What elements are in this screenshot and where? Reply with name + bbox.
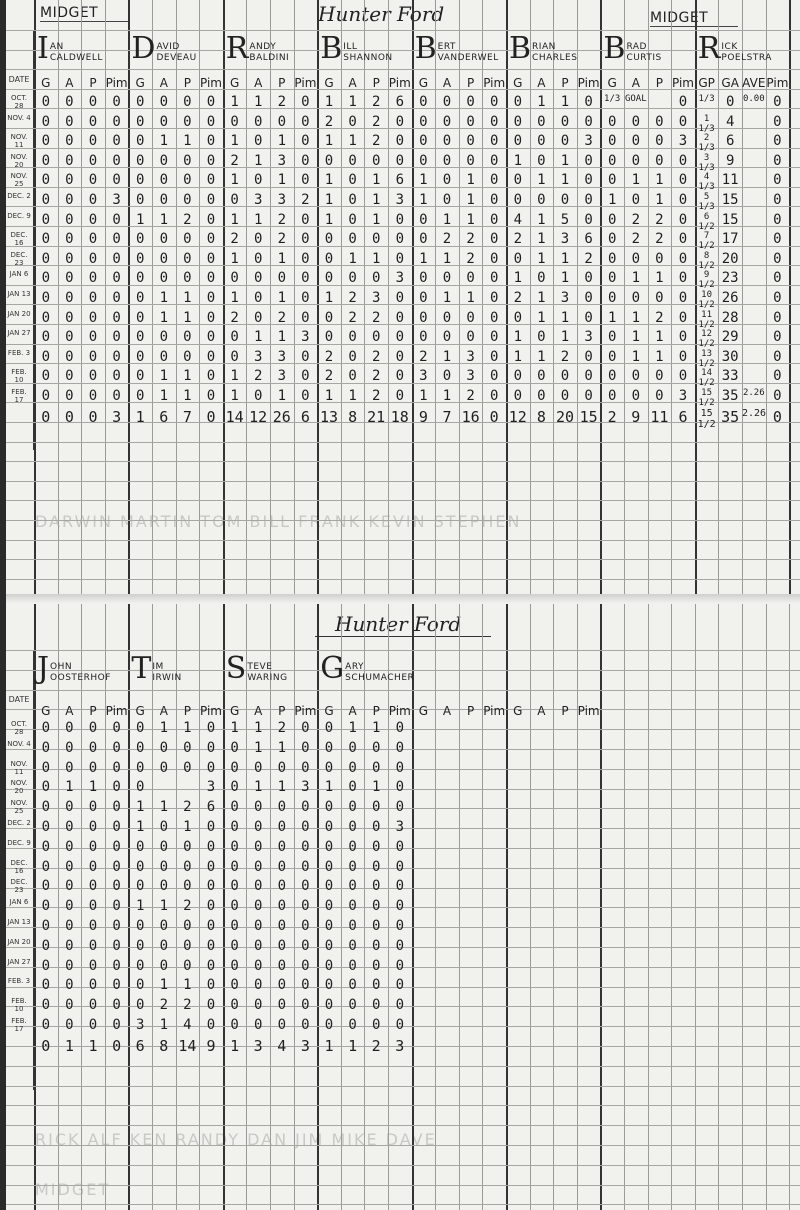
stat-cell: 0 <box>58 114 82 130</box>
stat-cell: 1 <box>506 270 530 286</box>
stat-cell: 0 <box>388 329 412 345</box>
stat-cell: 0 <box>482 290 506 306</box>
stat-cell: 0 <box>105 290 129 306</box>
stat-cell: 3 <box>671 388 695 404</box>
stat-cell: 1 <box>246 720 270 736</box>
stat-column-header: A <box>246 76 270 90</box>
stat-total-cell: 1 <box>128 408 152 426</box>
player-initial: R <box>226 34 249 64</box>
stat-cell: 0 <box>341 878 365 894</box>
stat-cell: 3 <box>388 819 412 835</box>
player-initial: B <box>603 34 625 64</box>
stat-cell: 0 <box>199 94 223 110</box>
stat-cell: 0 <box>294 94 318 110</box>
stat-cell: 0 <box>105 388 129 404</box>
stat-cell: 1 <box>270 779 294 795</box>
stat-cell: 0 <box>34 114 58 130</box>
stat-cell: 0 <box>58 310 82 326</box>
stat-cell: 1 <box>341 388 365 404</box>
stat-cell: 0 <box>341 898 365 914</box>
stat-cell: 0 <box>81 94 105 110</box>
stat-cell: 0 <box>105 779 129 795</box>
stat-cell: 0 <box>671 94 695 110</box>
stat-cell: 1 <box>553 94 577 110</box>
grid-vline <box>742 600 743 1210</box>
stat-cell: 1 <box>317 779 341 795</box>
stat-cell: 0 <box>482 270 506 286</box>
stat-cell: 0 <box>553 133 577 149</box>
stat-cell: 0 <box>317 720 341 736</box>
stat-cell: 9 <box>718 153 742 169</box>
stat-cell: 0 <box>199 839 223 855</box>
stat-cell: 0 <box>81 212 105 228</box>
stat-cell: 3 <box>553 290 577 306</box>
date-cell: DEC. 2 <box>6 819 32 827</box>
stat-cell: 2 <box>270 212 294 228</box>
stat-cell: 3 <box>270 368 294 384</box>
stat-cell: 0 <box>648 251 672 267</box>
stat-column-header: G <box>317 704 341 718</box>
stat-cell: 0 <box>58 212 82 228</box>
stat-cell: 0 <box>128 368 152 384</box>
stat-cell: 0 <box>270 859 294 875</box>
player-name-rest: ANCALDWELL <box>50 42 103 64</box>
top-scoresheet: Hunter Ford MIDGET MIDGET DATE DARWIN MA… <box>0 0 800 596</box>
stat-cell: 0 <box>482 114 506 130</box>
stat-cell: 0 <box>58 290 82 306</box>
stat-cell: 0 <box>671 172 695 188</box>
stat-cell: 0 <box>294 1017 318 1033</box>
stat-cell: 0 <box>388 251 412 267</box>
stat-cell: 0 <box>648 290 672 306</box>
stat-cell: 0 <box>577 349 601 365</box>
stat-cell: 0 <box>81 368 105 384</box>
stat-cell: 0 <box>152 938 176 954</box>
stat-cell: 0 <box>246 310 270 326</box>
stat-cell: 2 <box>364 388 388 404</box>
stat-column-header: A <box>152 704 176 718</box>
stat-cell: 0 <box>58 251 82 267</box>
stat-cell: 2 <box>506 290 530 306</box>
stat-cell: 0 <box>766 94 790 110</box>
stat-cell: 0 <box>199 997 223 1013</box>
stat-total-cell: 2 <box>364 1037 388 1055</box>
stat-cell: 0 <box>412 290 436 306</box>
stat-cell: 0 <box>648 153 672 169</box>
stat-cell: 0 <box>341 192 365 208</box>
stat-cell: 0 <box>34 251 58 267</box>
date-cell: JAN 20 <box>6 310 32 318</box>
stat-column-header: Pim <box>105 76 129 90</box>
stat-total-cell: 3 <box>294 1037 318 1055</box>
stat-cell: 0 <box>128 740 152 756</box>
stat-cell: 2 <box>364 368 388 384</box>
grid-vline <box>766 600 767 1210</box>
stat-cell: 0 <box>105 918 129 934</box>
player-first-name: RAD <box>626 42 661 53</box>
stat-cell: 1 <box>624 310 648 326</box>
grid-hline <box>0 30 800 31</box>
stat-cell: 0 <box>482 153 506 169</box>
stat-cell: 0 <box>364 977 388 993</box>
stat-cell: 2 <box>176 212 200 228</box>
date-cell: FEB. 3 <box>6 977 32 985</box>
stat-cell: 0 <box>128 388 152 404</box>
stat-cell: 1 <box>128 799 152 815</box>
stat-cell: 0 <box>530 133 554 149</box>
date-cell: JAN 6 <box>6 270 32 278</box>
stat-cell: 0 <box>317 740 341 756</box>
stat-cell: 5 <box>553 212 577 228</box>
stat-cell: 0 <box>435 172 459 188</box>
stat-cell: 0 <box>294 290 318 306</box>
stat-cell: 0 <box>128 94 152 110</box>
stat-cell: 14 1/2 <box>695 368 719 388</box>
stat-cell: 0 <box>482 310 506 326</box>
player-first-name: ILL <box>343 42 392 53</box>
player-first-name: ICK <box>721 42 771 53</box>
player-name: BRADCURTIS <box>603 34 661 64</box>
stat-cell: 1 <box>600 192 624 208</box>
stat-cell: 0 <box>317 799 341 815</box>
stat-cell: 0 <box>81 290 105 306</box>
stat-column-header: Pim <box>766 76 790 90</box>
stat-cell: 0 <box>105 819 129 835</box>
stat-cell: 0 <box>246 977 270 993</box>
stat-cell: 0 <box>341 918 365 934</box>
stat-cell: 2 <box>506 231 530 247</box>
stat-cell: 0 <box>600 388 624 404</box>
stat-cell: 0 <box>199 172 223 188</box>
stat-cell: 2 <box>223 231 247 247</box>
stat-cell: 3 1/3 <box>695 153 719 173</box>
stat-cell: 0 <box>223 997 247 1013</box>
stat-cell: 0 <box>246 918 270 934</box>
stat-cell: 0 <box>105 859 129 875</box>
stat-cell: 1 <box>223 388 247 404</box>
stat-cell: 0 <box>766 133 790 149</box>
binder-edge <box>0 0 6 1210</box>
stat-cell: 0 <box>128 270 152 286</box>
stat-cell: 12 1/2 <box>695 329 719 349</box>
stat-cell: 0 <box>58 133 82 149</box>
empty-column-header: G <box>506 704 530 718</box>
date-cell: DEC. 23 <box>6 251 32 267</box>
grid-vline <box>600 600 602 1210</box>
stat-cell: 0 <box>105 133 129 149</box>
stat-cell: 0 <box>176 172 200 188</box>
stat-cell: 1 <box>270 133 294 149</box>
stat-cell: 0 <box>766 290 790 306</box>
stat-cell: 1 <box>530 94 554 110</box>
stat-cell: 0 <box>176 760 200 776</box>
stat-total-cell: 1 <box>223 1037 247 1055</box>
stat-cell: 0 <box>152 172 176 188</box>
stat-cell: 0 <box>81 231 105 247</box>
empty-column-header: A <box>435 704 459 718</box>
stat-cell: 0 <box>388 388 412 404</box>
stat-cell: 23 <box>718 270 742 286</box>
grid-hline <box>0 69 800 70</box>
stat-cell: 0 <box>223 779 247 795</box>
empty-column-header: P <box>553 704 577 718</box>
stat-cell: 2 <box>270 310 294 326</box>
stat-cell: 1 <box>553 251 577 267</box>
stat-cell: 0 <box>34 997 58 1013</box>
stat-cell: 0 <box>364 918 388 934</box>
stat-cell: 1 <box>176 819 200 835</box>
stat-cell: 0 <box>270 114 294 130</box>
stat-total-cell: 8 <box>530 408 554 426</box>
stat-cell: 0 <box>530 114 554 130</box>
stat-cell: 0 <box>270 977 294 993</box>
stat-cell: 3 <box>105 192 129 208</box>
player-name: STEVEWARING <box>226 654 288 684</box>
stat-cell: 0 <box>58 977 82 993</box>
stat-cell: 0 <box>199 329 223 345</box>
stat-cell: 0 <box>152 153 176 169</box>
stat-cell: 1 <box>553 329 577 345</box>
date-cell: JAN 27 <box>6 958 32 966</box>
stat-cell: 0 <box>152 918 176 934</box>
player-name-rest: RADCURTIS <box>626 42 661 64</box>
stat-column-header: Pim <box>294 704 318 718</box>
stat-column-header: GA <box>718 76 742 90</box>
stat-cell: 0 <box>152 270 176 286</box>
stat-cell: 1 <box>246 329 270 345</box>
stat-cell: 1 <box>364 720 388 736</box>
stat-cell: 1 <box>223 212 247 228</box>
stat-cell: 0 <box>388 938 412 954</box>
grid-hline <box>0 1066 800 1067</box>
player-first-name: ANDY <box>249 42 289 53</box>
stat-cell: 1 <box>341 720 365 736</box>
stat-cell: 0 <box>105 720 129 736</box>
stat-column-header: Pim <box>199 76 223 90</box>
stat-column-header: P <box>81 704 105 718</box>
grid-vline <box>671 600 672 1210</box>
stat-cell: 3 <box>459 368 483 384</box>
stat-cell: 0 <box>530 368 554 384</box>
stat-total-cell: 35 <box>718 408 742 426</box>
grid-hline <box>0 50 800 51</box>
stat-cell: 0 <box>341 114 365 130</box>
stat-cell: 0 <box>766 349 790 365</box>
stat-cell: 0 <box>317 997 341 1013</box>
stat-cell: 29 <box>718 329 742 345</box>
stat-cell: 2 <box>412 349 436 365</box>
player-name: IANCALDWELL <box>37 34 103 64</box>
stat-cell: 1 <box>317 290 341 306</box>
stat-cell: 0 <box>577 114 601 130</box>
player-initial: R <box>698 34 721 64</box>
stat-column-header: P <box>459 76 483 90</box>
stat-cell: 0 <box>176 349 200 365</box>
stat-cell: 1 <box>128 212 152 228</box>
stat-total-cell: 6 <box>294 408 318 426</box>
stat-cell: 1 <box>459 192 483 208</box>
stat-cell: 0 <box>624 192 648 208</box>
stat-total-cell: 8 <box>341 408 365 426</box>
stat-cell: 0 <box>223 1017 247 1033</box>
grid-hline <box>0 559 800 560</box>
stat-cell: 0 <box>766 153 790 169</box>
player-name-rest: TEVEWARING <box>247 662 287 684</box>
stat-cell: 3 <box>553 231 577 247</box>
stat-cell: 0 <box>223 859 247 875</box>
stat-cell: 0 <box>176 114 200 130</box>
stat-cell: 0 <box>317 270 341 286</box>
stat-cell: 3 <box>246 349 270 365</box>
stat-total-cell: 1 <box>58 1037 82 1055</box>
stat-column-header: P <box>364 704 388 718</box>
stat-cell: 0 <box>152 839 176 855</box>
stat-cell: 0 <box>317 918 341 934</box>
stat-cell: 0 <box>294 938 318 954</box>
stat-cell: 2 <box>341 310 365 326</box>
stat-cell: 0 <box>270 819 294 835</box>
stat-column-header: P <box>553 76 577 90</box>
stat-cell: 0 <box>412 212 436 228</box>
stat-cell: 0 <box>34 839 58 855</box>
stat-cell: 2 <box>341 290 365 306</box>
stat-cell: 1 <box>506 153 530 169</box>
stat-cell: 0 <box>364 270 388 286</box>
stat-cell: 0 <box>577 388 601 404</box>
grid-vline <box>789 600 790 1210</box>
stat-cell: 0 <box>341 839 365 855</box>
stat-cell: 0 <box>128 349 152 365</box>
stat-total-cell: 1 <box>341 1037 365 1055</box>
stat-cell: 0 <box>671 310 695 326</box>
stat-cell: 0 <box>766 251 790 267</box>
stat-cell: 0 <box>766 388 790 404</box>
stat-cell: 0 <box>58 859 82 875</box>
stat-total-cell: 1 <box>317 1037 341 1055</box>
stat-column-header: G <box>34 76 58 90</box>
stat-cell: 0 <box>105 114 129 130</box>
stat-cell: 0 <box>482 388 506 404</box>
stat-cell: 2 <box>364 133 388 149</box>
stat-cell: 0 <box>176 859 200 875</box>
grid-hline <box>0 1165 800 1166</box>
stat-cell: 0 <box>317 760 341 776</box>
stat-cell: 1 <box>412 388 436 404</box>
stat-cell: 0 <box>388 114 412 130</box>
stat-cell: 0 <box>34 1017 58 1033</box>
stat-cell: 1 <box>176 388 200 404</box>
stat-cell: 0 <box>34 977 58 993</box>
stat-cell: 0 <box>341 938 365 954</box>
stat-cell: 0 <box>294 172 318 188</box>
stat-cell: 0 <box>294 368 318 384</box>
stat-cell: 6 <box>199 799 223 815</box>
grid-hline <box>0 1125 800 1126</box>
stat-column-header: Pim <box>294 76 318 90</box>
stat-cell: 0 <box>246 878 270 894</box>
stat-cell: 1 <box>58 779 82 795</box>
stat-cell: 0 <box>58 368 82 384</box>
stat-cell: 0 <box>199 819 223 835</box>
stat-cell: 0 <box>766 212 790 228</box>
stat-cell: 0 <box>506 388 530 404</box>
stat-cell: 1 <box>506 349 530 365</box>
stat-cell: 0 <box>364 760 388 776</box>
stat-cell: 0 <box>294 997 318 1013</box>
stat-cell: 0 <box>412 231 436 247</box>
stat-cell: 0 <box>600 212 624 228</box>
stat-cell: 0 <box>152 114 176 130</box>
stat-cell: 0 <box>199 977 223 993</box>
stat-cell: 0 <box>506 133 530 149</box>
stat-cell: 0 <box>34 720 58 736</box>
stat-column-header: Pim <box>199 704 223 718</box>
stat-cell: 0 <box>553 192 577 208</box>
stat-cell: 1 <box>246 94 270 110</box>
stat-cell: 0 <box>223 329 247 345</box>
stat-cell: 0 <box>482 368 506 384</box>
stat-cell: 3 <box>671 133 695 149</box>
stat-cell: 0 <box>294 388 318 404</box>
stat-cell: 0 <box>223 977 247 993</box>
stat-cell: 1 <box>317 192 341 208</box>
grid-hline <box>0 1185 800 1186</box>
stat-cell: 3 <box>577 329 601 345</box>
stat-cell: 0 <box>223 938 247 954</box>
stat-cell: 0 <box>482 172 506 188</box>
stat-cell: 0 <box>58 94 82 110</box>
stat-column-header: G <box>412 76 436 90</box>
stat-cell: 0 <box>317 251 341 267</box>
date-cell: NOV. 20 <box>6 779 32 795</box>
date-cell: DEC. 23 <box>6 878 32 894</box>
stat-cell: 0 <box>577 153 601 169</box>
stat-cell: 1 <box>530 231 554 247</box>
stat-column-header: Pim <box>577 76 601 90</box>
stat-cell: 0 <box>128 329 152 345</box>
stat-column-header: P <box>176 704 200 718</box>
stat-total-cell: 7 <box>176 408 200 426</box>
date-cell: JAN 13 <box>6 290 32 298</box>
stat-cell: 0 <box>199 251 223 267</box>
stat-cell: 0 <box>317 898 341 914</box>
player-last-name: SHANNON <box>343 53 392 64</box>
stat-cell: 0 <box>671 329 695 345</box>
stat-cell: 0 <box>105 94 129 110</box>
stat-cell: 0 <box>412 310 436 326</box>
player-initial: D <box>131 34 155 64</box>
stat-column-header: A <box>341 704 365 718</box>
stat-cell: 0 <box>388 878 412 894</box>
stat-cell: 0 <box>435 270 459 286</box>
stat-column-header: P <box>270 704 294 718</box>
stat-total-cell: 13 <box>317 408 341 426</box>
stat-column-header: GP <box>695 76 719 90</box>
stat-cell: 0 <box>388 918 412 934</box>
stat-cell: 0 <box>600 270 624 286</box>
stat-cell: 0 <box>317 1017 341 1033</box>
stat-cell: 1 <box>223 251 247 267</box>
stat-cell: 0 <box>766 368 790 384</box>
stat-cell: 0 <box>435 114 459 130</box>
stat-cell: 0 <box>128 859 152 875</box>
stat-cell: 1 <box>270 329 294 345</box>
stat-column-header: Pim <box>482 76 506 90</box>
stat-cell: 0 <box>34 388 58 404</box>
stat-cell: 33 <box>718 368 742 384</box>
stat-cell: 0 <box>81 977 105 993</box>
stat-cell: 0 <box>223 878 247 894</box>
